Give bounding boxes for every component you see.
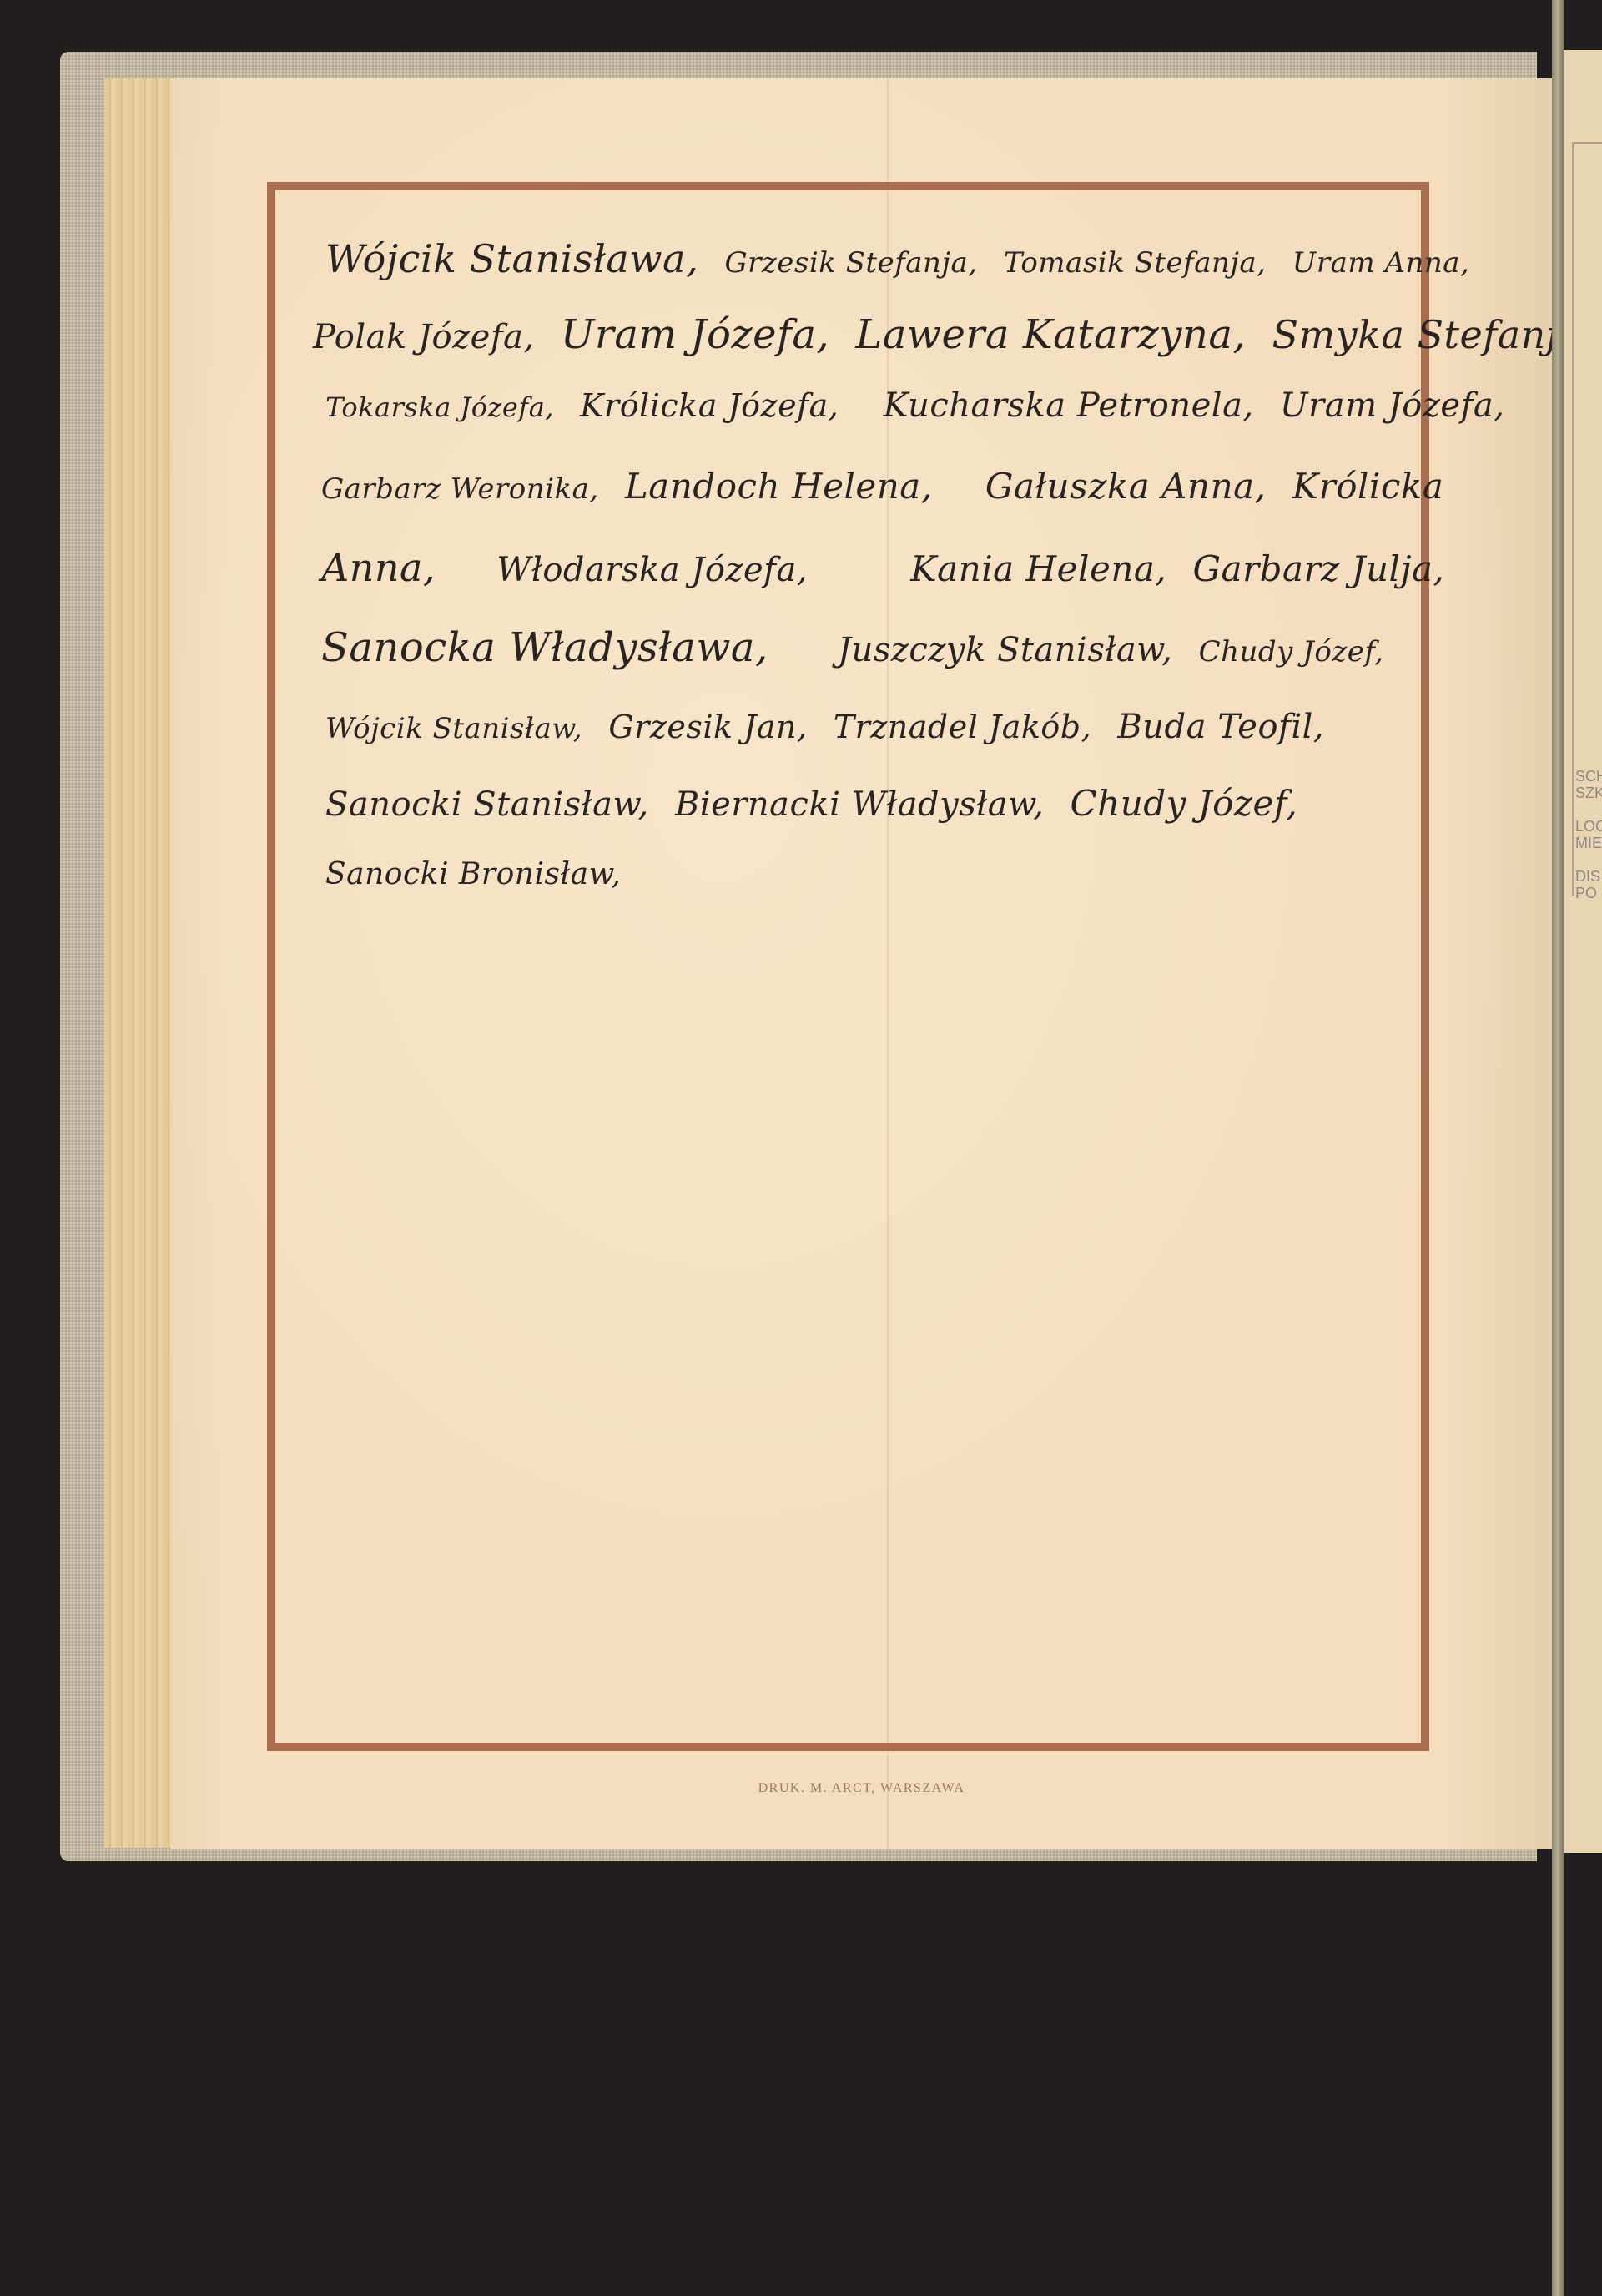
name-entry: Tokarska Józefa,	[325, 391, 554, 423]
adjacent-text-fragment: SZK	[1575, 785, 1602, 801]
handwritten-line-6: Sanocka Władysława, Juszczyk Stanisław, …	[321, 624, 1399, 671]
name-entry: Trznadel Jakób,	[834, 709, 1091, 745]
name-entry: Królicka	[1292, 466, 1444, 507]
name-entry: Juszczyk Stanisław,	[838, 631, 1172, 669]
name-entry: Kucharska Petronela,	[884, 386, 1254, 425]
name-entry: Włodarska Józefa,	[496, 551, 808, 589]
name-entry: Polak Józefa,	[313, 318, 535, 356]
name-entry: Sanocki Stanisław,	[325, 785, 649, 824]
name-entry: Kania Helena,	[910, 548, 1166, 589]
name-entry: Smyka Stefanja,	[1272, 312, 1594, 357]
name-entry: Garbarz Julja,	[1193, 548, 1445, 589]
name-entry: Landoch Helena,	[625, 466, 933, 507]
handwritten-line-3: Tokarska Józefa, Królicka Józefa, Kuchar…	[325, 386, 1519, 425]
name-entry: Grzesik Jan,	[608, 709, 807, 745]
printed-border-frame: Wójcik Stanisława, Grzesik Stefanja, Tom…	[267, 182, 1429, 1751]
name-entry: Gałuszka Anna,	[985, 466, 1267, 507]
name-entry: Królicka Józefa,	[580, 387, 839, 424]
name-entry: Uram Anna,	[1292, 246, 1470, 280]
name-entry: Buda Teofil,	[1117, 708, 1324, 746]
adjacent-text-fragment: MIE	[1575, 835, 1602, 851]
adjacent-text-fragment: LOC	[1575, 818, 1602, 835]
name-entry: Tomasik Stefanja,	[1004, 246, 1267, 280]
name-entry: Wójcik Stanisława,	[325, 236, 698, 281]
name-entry: Biernacki Władysław,	[675, 785, 1044, 824]
name-entry: Lawera Katarzyna,	[855, 311, 1246, 358]
page-edges-stack	[104, 78, 172, 1848]
name-entry: Garbarz Weronika,	[321, 472, 599, 506]
handwritten-line-2: Polak Józefa, Uram Józefa, Lawera Katarz…	[313, 311, 1602, 358]
name-entry: Anna,	[321, 545, 436, 590]
name-entry: Wójcik Stanisław,	[325, 712, 582, 745]
handwritten-line-9: Sanocki Bronisław,	[325, 854, 637, 892]
document-page: Wójcik Stanisława, Grzesik Stefanja, Tom…	[171, 78, 1552, 1849]
name-entry: Sanocki Bronisław,	[325, 857, 622, 891]
printer-imprint: DRUK. M. ARCT, WARSZAWA	[171, 1781, 1552, 1796]
handwritten-line-5: Anna, Włodarska Józefa, Kania Helena, Ga…	[321, 545, 1459, 590]
handwritten-line-7: Wójcik Stanisław, Grzesik Jan, Trznadel …	[325, 708, 1339, 746]
adjacent-page-edge: SCH SZK LOC MIE DIS PO	[1564, 50, 1602, 1853]
adjacent-text-fragment: PO	[1575, 885, 1597, 901]
name-entry: Uram Józefa,	[1280, 386, 1505, 425]
adjacent-text-fragment: SCH	[1575, 768, 1602, 785]
name-entry: Chudy Józef,	[1199, 635, 1384, 669]
name-entry: Chudy Józef,	[1071, 783, 1298, 824]
name-entry: Uram Józefa,	[561, 311, 829, 358]
handwritten-line-1: Wójcik Stanisława, Grzesik Stefanja, Tom…	[325, 236, 1484, 281]
adjacent-text-fragment: DIS	[1575, 868, 1600, 885]
handwritten-line-4: Garbarz Weronika, Landoch Helena, Gałusz…	[321, 466, 1458, 507]
book-gutter	[1552, 0, 1564, 2296]
name-entry: Grzesik Stefanja,	[724, 246, 977, 280]
handwritten-line-8: Sanocki Stanisław, Biernacki Władysław, …	[325, 783, 1312, 824]
name-entry: Sanocka Władysława,	[321, 624, 768, 671]
scan-scene: Wójcik Stanisława, Grzesik Stefanja, Tom…	[0, 0, 1602, 2296]
